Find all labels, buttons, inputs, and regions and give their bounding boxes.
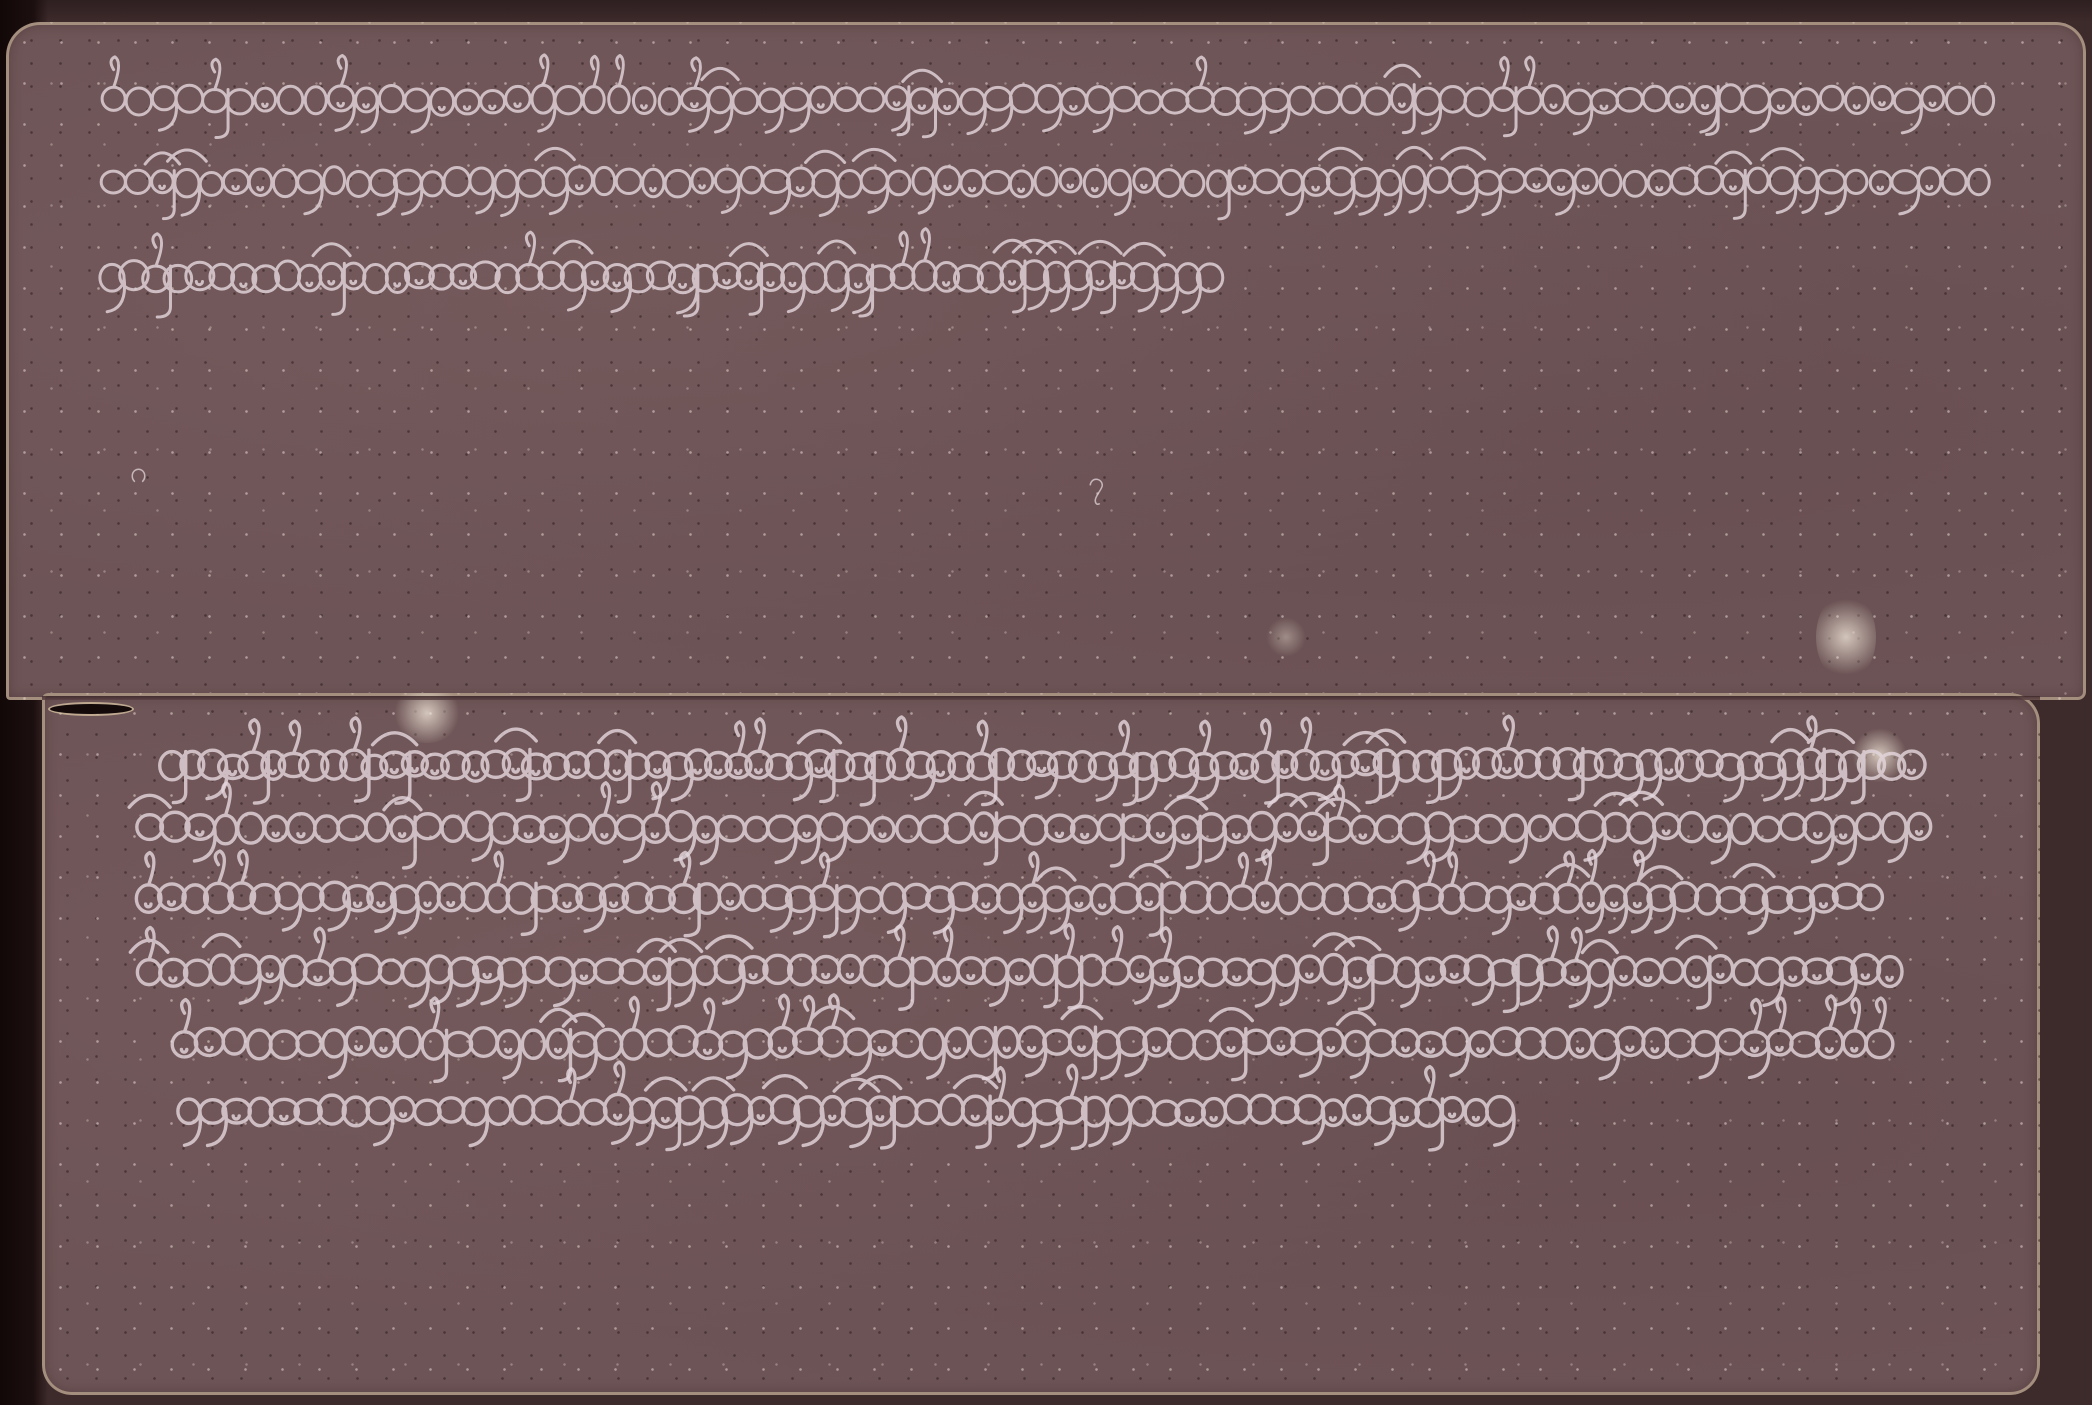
script-stroke xyxy=(160,716,1925,805)
script-stroke xyxy=(101,147,1989,218)
script-stroke xyxy=(136,850,1882,936)
upper-script-lines xyxy=(6,22,2086,700)
paper-tear xyxy=(50,704,132,714)
script-stroke xyxy=(172,995,1893,1081)
background-top xyxy=(0,0,2092,22)
script-stroke xyxy=(130,925,1902,1012)
script-stroke xyxy=(102,55,1994,138)
script-stroke xyxy=(100,229,1223,317)
fold-crease xyxy=(42,696,2040,700)
script-stroke xyxy=(178,1062,1514,1150)
manuscript-upper-panel: ဂ ၇ ခံသတ္တုရွဲနံမျှဂုဏ်ခါးတဲ့ပြိုင်စားမည… xyxy=(6,22,2086,700)
lower-script-lines xyxy=(42,693,2040,1395)
manuscript-lower-panel: ဒီသဂ္ဂါရဇ္ဇာ႕ဂရုဘာဂလျော်နိုးဝဝရသာ်ဒေခိုတ… xyxy=(42,693,2040,1395)
